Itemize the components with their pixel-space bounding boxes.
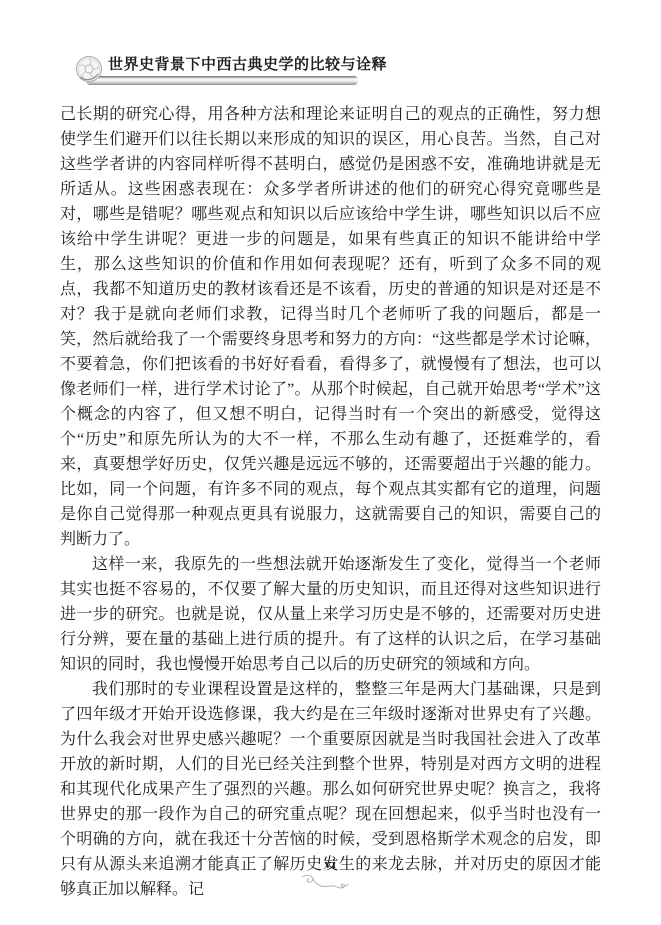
- header-title: 世界史背景下中西古典史学的比较与诠释: [108, 53, 368, 74]
- cloud-swirl-icon: [300, 874, 350, 892]
- coin-medallion-icon: [75, 55, 103, 83]
- paragraph-1: 己长期的研究心得，用各种方法和理论来证明自己的观点的正确性，努力想使学生们避开们…: [60, 102, 601, 552]
- page-number: vi: [0, 856, 661, 872]
- paragraph-2: 这样一来，我原先的一些想法就开始逐渐发生了变化，觉得当一个老师其实也挺不容易的，…: [60, 552, 601, 677]
- body-text: 己长期的研究心得，用各种方法和理论来证明自己的观点的正确性，努力想使学生们避开们…: [60, 102, 601, 902]
- header-divider-bar: [86, 76, 358, 85]
- book-page: 世界史背景下中西古典史学的比较与诠释 己长期的研究心得，用各种方法和理论来证明自…: [0, 0, 661, 925]
